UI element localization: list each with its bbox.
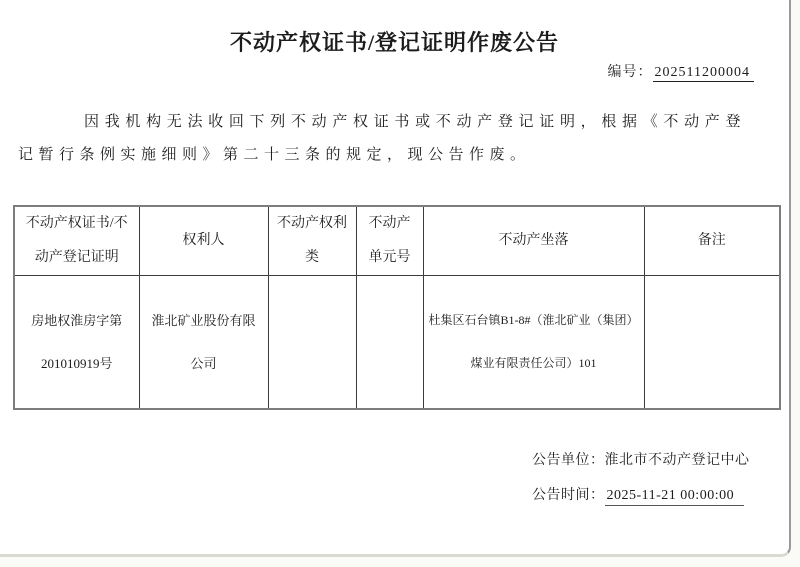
doc-number: 编号：202511200004 bbox=[608, 61, 754, 81]
table-row: 房地权淮房字第201010919号 淮北矿业股份有限公司 杜集区石台镇B1-8#… bbox=[14, 276, 780, 409]
footer-block: 公告单位：淮北市不动产登记中心 公告时间：2025-11-21 00:00:00 bbox=[532, 443, 750, 513]
footer-unit-line: 公告单位：淮北市不动产登记中心 bbox=[532, 443, 750, 478]
document-page: 不动产权证书/登记证明作废公告 编号：202511200004 因我机构无法收回… bbox=[0, 0, 791, 557]
cell-holder: 淮北矿业股份有限公司 bbox=[139, 276, 268, 409]
header-holder: 权利人 bbox=[139, 206, 268, 276]
footer-time-label: 公告时间： bbox=[532, 488, 605, 503]
header-unit-no: 不动产单元号 bbox=[356, 206, 423, 276]
footer-time-line: 公告时间：2025-11-21 00:00:00 bbox=[532, 478, 750, 513]
cell-location: 杜集区石台镇B1-8#（淮北矿业（集团）煤业有限责任公司）101 bbox=[423, 276, 644, 409]
footer-time-value: 2025-11-21 00:00:00 bbox=[605, 488, 745, 506]
header-right-type: 不动产权利类 bbox=[268, 206, 356, 276]
cell-unit-no bbox=[356, 276, 423, 409]
cell-certificate-no: 房地权淮房字第201010919号 bbox=[14, 276, 139, 409]
cell-remark bbox=[644, 276, 780, 409]
certificates-table: 不动产权证书/不动产登记证明 权利人 不动产权利类 不动产单元号 不动产坐落 备… bbox=[13, 205, 781, 410]
body-paragraph: 因我机构无法收回下列不动产权证书或不动产登记证明，根据《不动产登记暂行条例实施细… bbox=[18, 106, 746, 172]
doc-number-value: 202511200004 bbox=[653, 65, 754, 82]
header-location: 不动产坐落 bbox=[423, 206, 644, 276]
footer-unit-label: 公告单位： bbox=[532, 453, 605, 468]
table-header-row: 不动产权证书/不动产登记证明 权利人 不动产权利类 不动产单元号 不动产坐落 备… bbox=[14, 206, 780, 276]
header-remark: 备注 bbox=[644, 206, 780, 276]
header-certificate-no: 不动产权证书/不动产登记证明 bbox=[14, 206, 139, 276]
document-title: 不动产权证书/登记证明作废公告 bbox=[0, 26, 789, 57]
cell-right-type bbox=[268, 276, 356, 409]
doc-number-label: 编号： bbox=[608, 65, 653, 80]
footer-unit-value: 淮北市不动产登记中心 bbox=[605, 453, 750, 468]
